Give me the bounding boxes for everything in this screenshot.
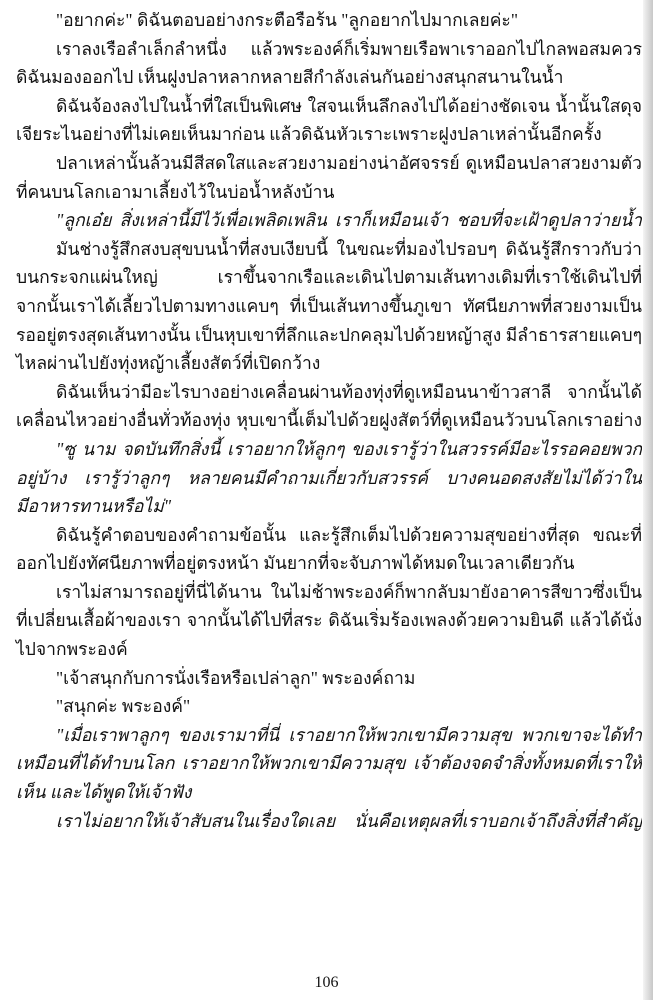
text-line: "สนุกค่ะ พระองค์" (16, 692, 642, 721)
page-number: 106 (0, 974, 653, 992)
text-line: ไหลผ่านไปยังทุ่งหญ้าเลี้ยงสัตว์ที่เปิดกว… (16, 349, 642, 378)
text-line: บนกระจกแผ่นใหญ่ เราขึ้นจากเรือและเดินไปต… (16, 263, 642, 292)
text-line: เราไม่อยากให้เจ้าสับสนในเรื่องใดเลย นั่น… (16, 807, 642, 836)
text-line: ออกไปยังทัศนียภาพที่อยู่ตรงหน้า มันยากที… (16, 549, 642, 578)
text-line: ดิฉันเห็นว่ามีอะไรบางอย่างเคลื่อนผ่านท้อ… (16, 378, 642, 407)
text-line: ที่คนบนโลกเอามาเลี้ยงไว้ในบ่อน้ำหลังบ้าน (16, 178, 642, 207)
text-line: รออยู่ตรงสุดเส้นทางนั้น เป็นหุบเขาที่ลึก… (16, 321, 642, 350)
scanned-page-edge (643, 0, 653, 1000)
text-line: "ลูกเอ๋ย สิ่งเหล่านี้มีไว้เพื่อเพลิดเพลิ… (16, 206, 642, 235)
text-line: มีอาหารทานหรือไม่" (16, 492, 642, 521)
text-line: เหมือนที่ได้ทำบนโลก เราอยากให้พวกเขามีคว… (16, 749, 642, 778)
text-line: ที่เปลี่ยนเสื้อผ้าของเรา จากนั้นได้ไปที่… (16, 606, 642, 635)
text-line: มันช่างรู้สึกสงบสุขบนน้ำที่สงบเงียบนี้ ใ… (16, 235, 642, 264)
text-line: อยู่บ้าง เรารู้ว่าลูกๆ หลายคนมีคำถามเกี่… (16, 464, 642, 493)
page-body-text: "อยากค่ะ" ดิฉันตอบอย่างกระตือรือร้น "ลูก… (16, 6, 642, 835)
text-line: ดิฉันรู้คำตอบของคำถามข้อนั้น และรู้สึกเต… (16, 521, 642, 550)
text-line: "อยากค่ะ" ดิฉันตอบอย่างกระตือรือร้น "ลูก… (16, 6, 642, 35)
text-line: ดิฉันมองออกไป เห็นฝูงปลาหลากหลายสีกำลังเ… (16, 63, 642, 92)
text-line: "เมื่อเราพาลูกๆ ของเรามาที่นี่ เราอยากให… (16, 721, 642, 750)
text-line: "เจ้าสนุกกับการนั่งเรือหรือเปล่าลูก" พระ… (16, 664, 642, 693)
text-line: ไปจากพระองค์ (16, 635, 642, 664)
text-line: เราไม่สามารถอยู่ที่นี่ได้นาน ในไม่ช้าพระ… (16, 578, 642, 607)
text-line: เห็น และได้พูดให้เจ้าฟัง (16, 778, 642, 807)
text-line: "ซู นาม จดบันทึกสิ่งนี้ เราอยากให้ลูกๆ ข… (16, 435, 642, 464)
text-line: ปลาเหล่านั้นล้วนมีสีสดใสและสวยงามอย่างน่… (16, 149, 642, 178)
text-line: ดิฉันจ้องลงไปในน้ำที่ใสเป็นพิเศษ ใสจนเห็… (16, 92, 642, 121)
text-line: เคลื่อนไหวอย่างอื่นทั่วท้องทุ่ง หุบเขานี… (16, 406, 642, 435)
text-line: จากนั้นเราได้เลี้ยวไปตามทางแคบๆ ที่เป็นเ… (16, 292, 642, 321)
text-line: เราลงเรือลำเล็กลำหนึ่ง แล้วพระองค์ก็เริ่… (16, 35, 642, 64)
text-line: เจียระไนอย่างที่ไม่เคยเห็นมาก่อน แล้วดิฉ… (16, 120, 642, 149)
